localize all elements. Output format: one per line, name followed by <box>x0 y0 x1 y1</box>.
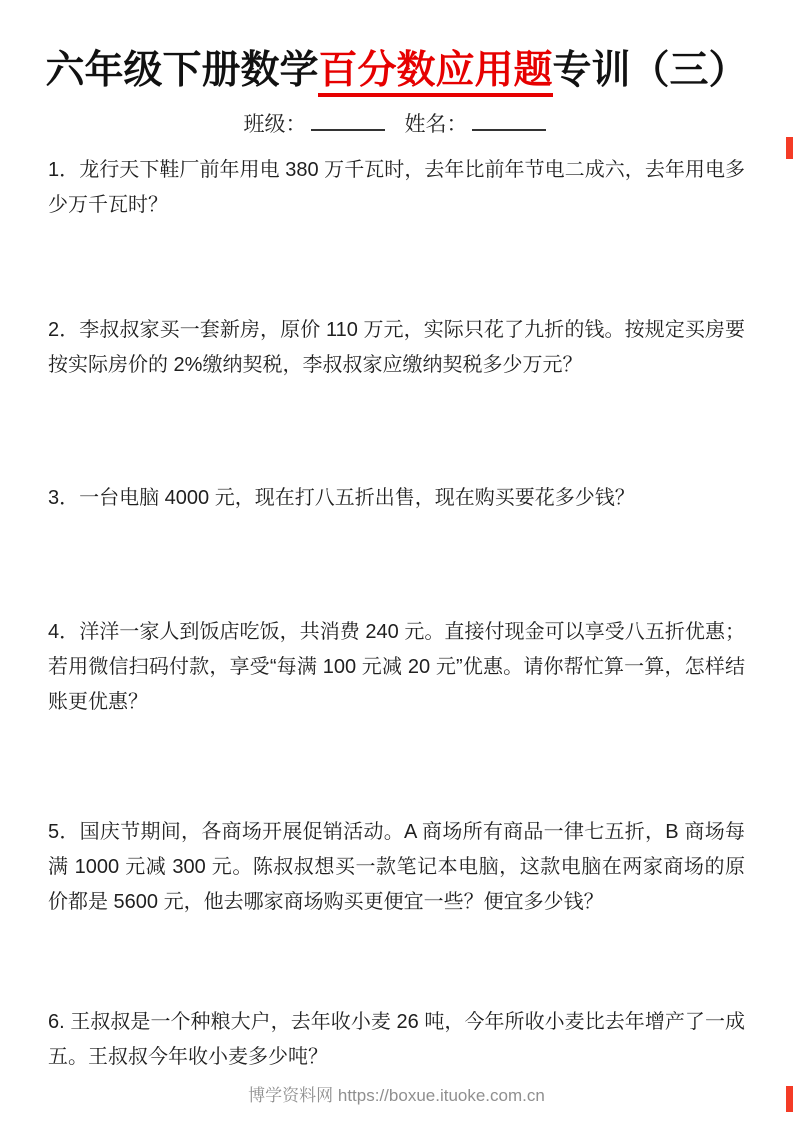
class-field-label: 班级： <box>244 113 307 136</box>
question-item-5: 5．国庆节期间，各商场开展促销活动。A 商场所有商品一律七五折，B 商场每满 1… <box>48 815 745 920</box>
page-footer: 博学资料网 https://boxue.ituoke.com.cn <box>0 1081 793 1106</box>
name-field-blank <box>472 107 546 131</box>
question-item-4: 4．洋洋一家人到饭店吃饭，共消费 240 元。直接付现金可以享受八五折优惠；若用… <box>48 615 745 720</box>
page-title: 六年级下册数学百分数应用题专训（三） <box>0 48 793 95</box>
questions-list: 1．龙行天下鞋厂前年用电 380 万千瓦时，去年比前年节电二成六，去年用电多少万… <box>0 153 793 1075</box>
title-highlight: 百分数应用题 <box>318 49 552 97</box>
worksheet-page: 六年级下册数学百分数应用题专训（三） 班级：姓名： 1．龙行天下鞋厂前年用电 3… <box>0 0 793 1122</box>
question-item-1: 1．龙行天下鞋厂前年用电 380 万千瓦时，去年比前年节电二成六，去年用电多少万… <box>48 153 745 223</box>
header-fields: 班级：姓名： <box>0 107 793 138</box>
question-item-3: 3．一台电脑 4000 元，现在打八五折出售，现在购买要花多少钱？ <box>48 481 745 516</box>
title-prefix: 六年级下册数学 <box>45 49 318 92</box>
question-item-2: 2．李叔叔家买一套新房，原价 110 万元，实际只花了九折的钱。按规定买房要按实… <box>48 313 745 383</box>
name-field-label: 姓名： <box>405 113 468 136</box>
question-item-6: 6. 王叔叔是一个种粮大户，去年收小麦 26 吨，今年所收小麦比去年增产了一成五… <box>48 1005 745 1075</box>
red-edge-marker-bottom <box>786 1086 793 1112</box>
red-edge-marker-top <box>786 137 793 159</box>
title-suffix: 专训（三） <box>553 49 748 92</box>
class-field-blank <box>311 107 385 131</box>
